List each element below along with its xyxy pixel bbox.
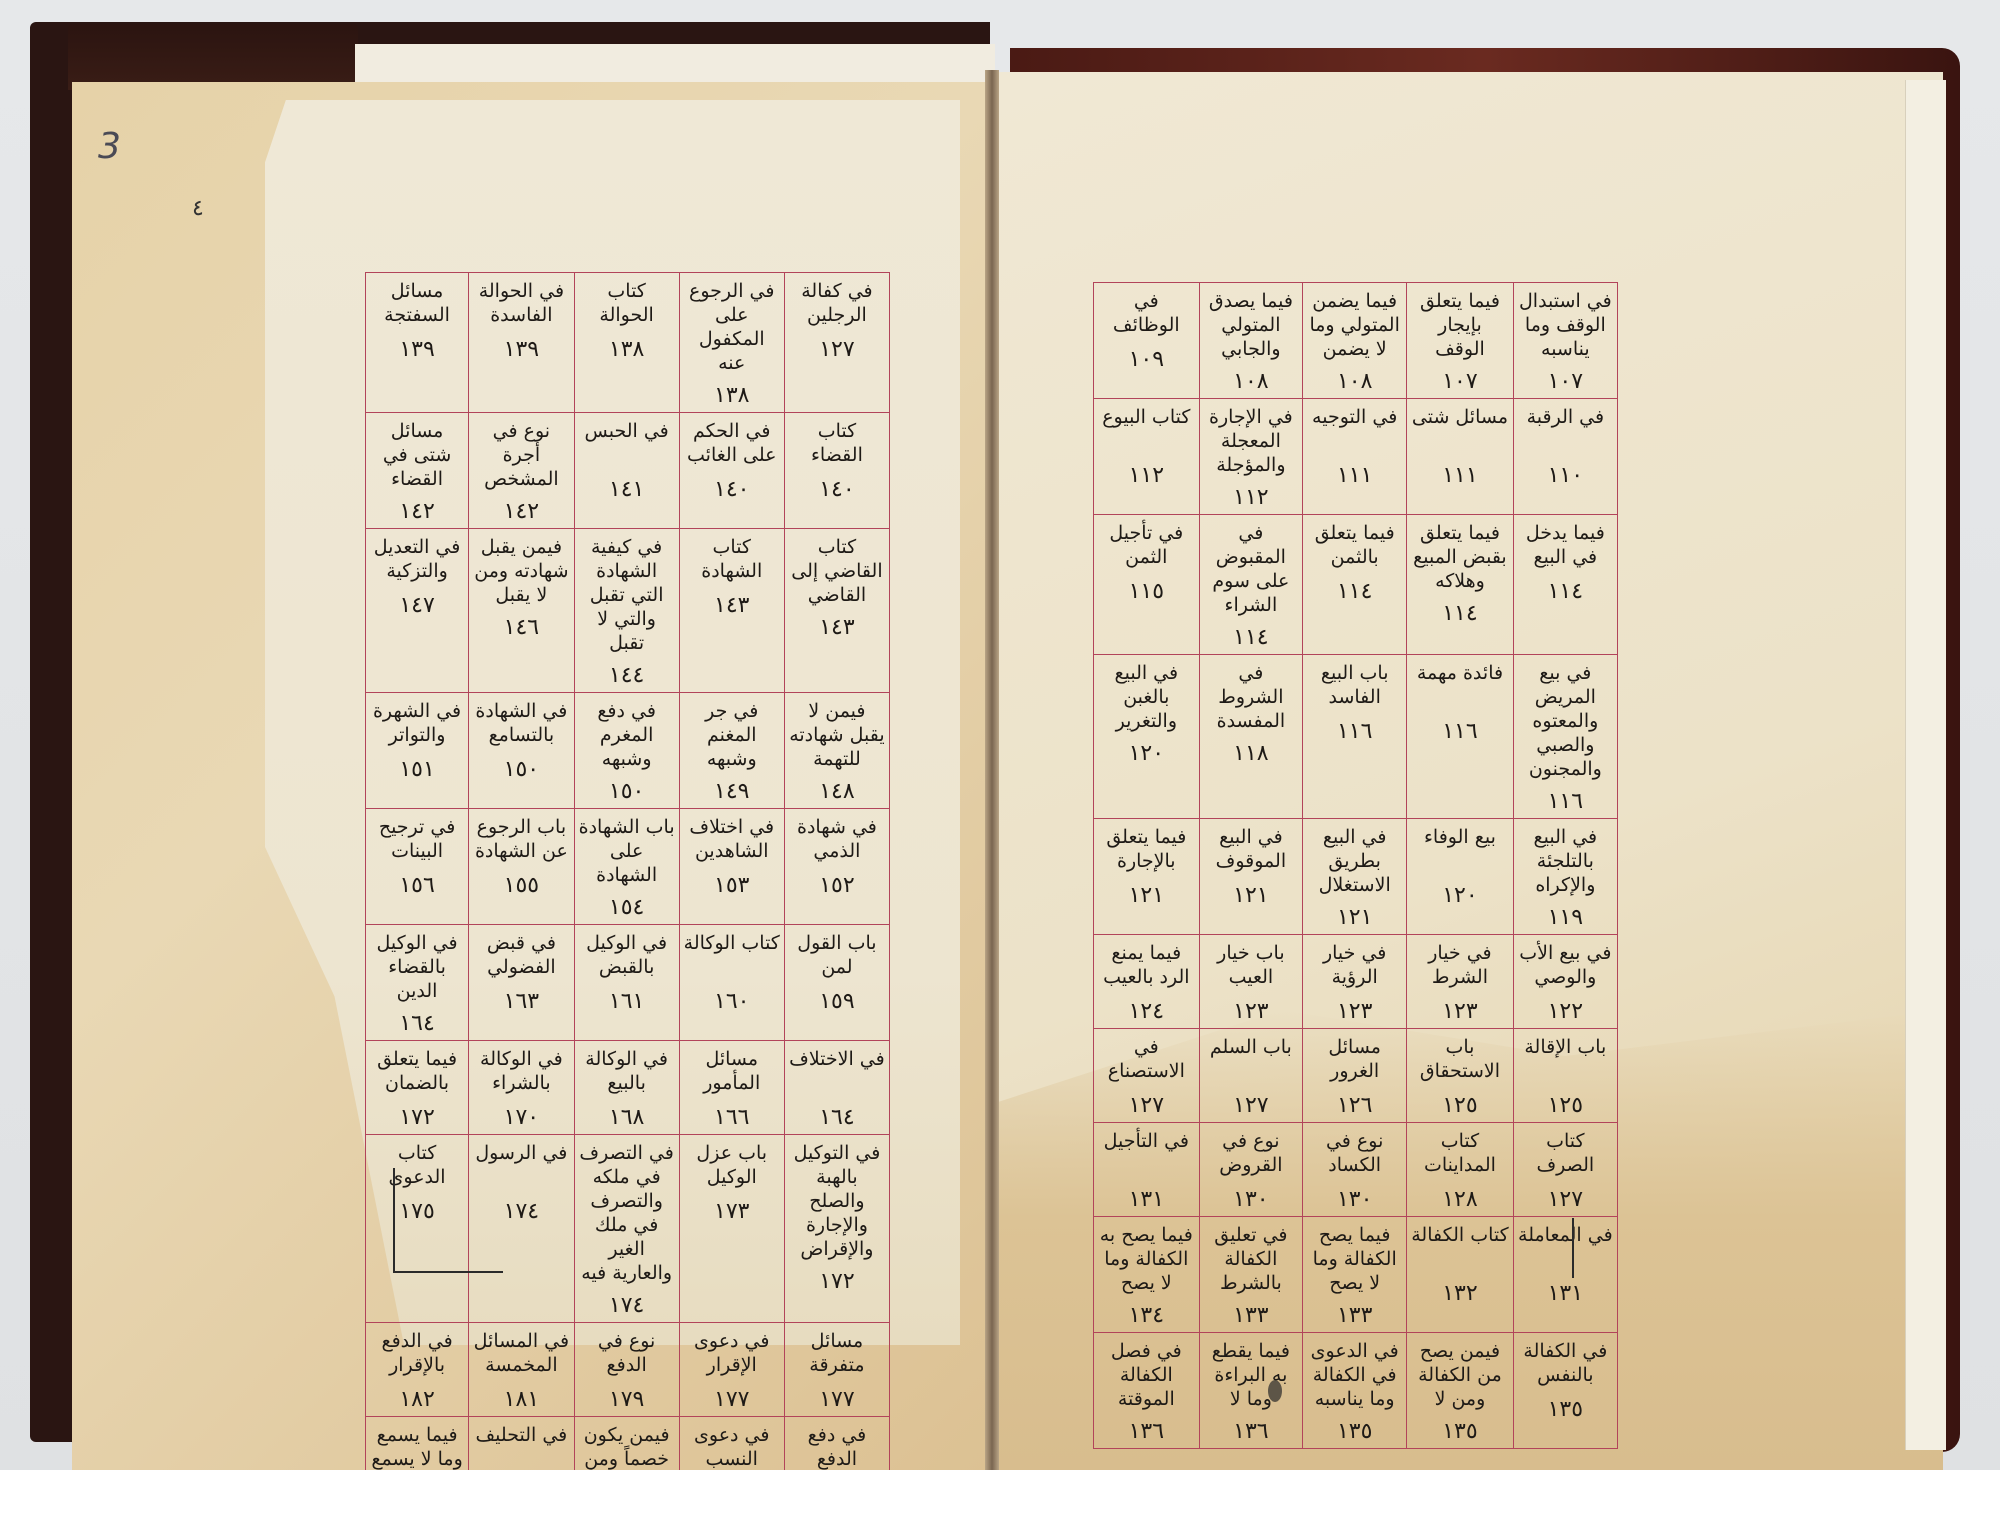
entry-page-number: ١٢٤ <box>1098 999 1195 1024</box>
entry-page-number: ١٢٥ <box>1411 1093 1508 1118</box>
index-entry: نوع في القروض١٣٠ <box>1199 1123 1303 1217</box>
index-entry: في الدفع بالإقرار١٨٢ <box>366 1323 469 1417</box>
index-entry: فيما يقطع به البراءة وما لا١٣٦ <box>1199 1333 1303 1449</box>
index-entry: في المقبوض على سوم الشراء١١٤ <box>1199 515 1303 655</box>
index-entry: في ترجيح البينات١٥٦ <box>366 809 469 925</box>
entry-page-number: ١١١ <box>1411 463 1508 488</box>
entry-page-number: ١١٦ <box>1518 789 1613 814</box>
entry-title: في فصل الكفالة الموقتة <box>1098 1339 1195 1411</box>
photo-bottom-margin <box>0 1470 2000 1531</box>
entry-title: فيما يسمع وما لا يسمع <box>370 1423 464 1473</box>
entry-page-number: ١٣٥ <box>1411 1419 1508 1444</box>
entry-page-number: ١٢١ <box>1098 883 1195 908</box>
entry-page-number: ١٧٤ <box>473 1199 570 1224</box>
entry-title: في البيع الموقوف <box>1204 825 1299 875</box>
entry-page-number: ١٦٤ <box>370 1011 464 1036</box>
table-row: في التوكيل بالهبة والصلح والإجارة والإقر… <box>366 1135 890 1323</box>
entry-title: فيما يصح به الكفالة وما لا يصح <box>1098 1223 1195 1295</box>
index-entry: بيع الوفاء١٢٠ <box>1407 819 1513 935</box>
entry-title: فيمن يقبل شهادته ومن لا يقبل <box>473 535 570 607</box>
entry-page-number: ١٢٦ <box>1307 1093 1402 1118</box>
entry-page-number: ١١٢ <box>1098 463 1195 488</box>
entry-title: في الوكيل بالقضاء الدين <box>370 931 464 1003</box>
entry-title: في البيع بالتلجئة والإكراه <box>1518 825 1613 897</box>
index-entry: في البيع الموقوف١٢١ <box>1199 819 1303 935</box>
right-flyleaf-edge <box>1905 80 1946 1450</box>
index-entry: مسائل شتى في القضاء١٤٢ <box>366 413 469 529</box>
index-entry: باب الاستحقاق١٢٥ <box>1407 1029 1513 1123</box>
entry-page-number: ١٣٣ <box>1204 1303 1299 1328</box>
entry-title: في المقبوض على سوم الشراء <box>1204 521 1299 617</box>
entry-title: في التأجيل <box>1098 1129 1195 1179</box>
entry-title: في الاختلاف <box>789 1047 885 1097</box>
entry-page-number: ١٤١ <box>579 477 675 502</box>
entry-title: في الدفع بالإقرار <box>370 1329 464 1379</box>
index-entry: في الحوالة الفاسدة١٣٩ <box>469 273 575 413</box>
index-entry: نوع في أجرة المشخص١٤٢ <box>469 413 575 529</box>
index-entry: في المسائل المخمسة١٨١ <box>469 1323 575 1417</box>
entry-title: كتاب الشهادة <box>684 535 780 585</box>
entry-title: في تأجيل الثمن <box>1098 521 1195 571</box>
entry-title: في جر المغنم وشبهه <box>684 699 780 771</box>
entry-title: مسائل شتى <box>1411 405 1508 455</box>
index-entry: فيمن لا يقبل شهادته للتهمة١٤٨ <box>784 693 889 809</box>
entry-title: باب البيع الفاسد <box>1307 661 1402 711</box>
entry-title: في الإجارة المعجلة والمؤجلة <box>1204 405 1299 477</box>
entry-page-number: ١٧٧ <box>789 1387 885 1412</box>
entry-page-number: ١١٦ <box>1307 719 1402 744</box>
entry-title: في اختلاف الشاهدين <box>684 815 780 865</box>
book-gutter <box>985 70 999 1470</box>
table-row: كتاب القضاء١٤٠في الحكم على الغائب١٤٠في ا… <box>366 413 890 529</box>
entry-title: كتاب الوكالة <box>684 931 780 981</box>
entry-page-number: ١٢٧ <box>1204 1093 1299 1118</box>
index-entry: في كيفية الشهادة التي تقبل والتي لا تقبل… <box>574 529 679 693</box>
entry-page-number: ١٢٧ <box>1098 1093 1195 1118</box>
table-row: كتاب الصرف١٢٧كتاب المداينات١٢٨نوع في الك… <box>1094 1123 1618 1217</box>
entry-title: في استبدال الوقف وما يناسبه <box>1518 289 1613 361</box>
index-entry: مسائل المأمور١٦٦ <box>679 1041 784 1135</box>
entry-page-number: ١٣٦ <box>1204 1419 1299 1444</box>
index-entry: فيما يتعلق بقبض المبيع وهلاكه١١٤ <box>1407 515 1513 655</box>
entry-page-number: ١٦١ <box>579 989 675 1014</box>
table-row: باب القول لمن١٥٩كتاب الوكالة١٦٠في الوكيل… <box>366 925 890 1041</box>
index-entry: في الرسول١٧٤ <box>469 1135 575 1323</box>
index-entry: في استبدال الوقف وما يناسبه١٠٧ <box>1513 283 1617 399</box>
index-entry: في التوكيل بالهبة والصلح والإجارة والإقر… <box>784 1135 889 1323</box>
entry-title: في الوكالة بالبيع <box>579 1047 675 1097</box>
index-entry: نوع في الكساد١٣٠ <box>1303 1123 1407 1217</box>
entry-page-number: ١٤٤ <box>579 663 675 688</box>
entry-title: في الشروط المفسدة <box>1204 661 1299 733</box>
index-entry: نوع في الدفع١٧٩ <box>574 1323 679 1417</box>
entry-page-number: ١٥٢ <box>789 873 885 898</box>
entry-page-number: ١٧٢ <box>789 1269 885 1294</box>
entry-page-number: ١٤٣ <box>684 593 780 618</box>
entry-title: في الوكالة بالشراء <box>473 1047 570 1097</box>
index-entry: في الاختلاف١٦٤ <box>784 1041 889 1135</box>
index-entry: في شهادة الذمي١٥٢ <box>784 809 889 925</box>
index-entry: مسائل شتى١١١ <box>1407 399 1513 515</box>
entry-title: نوع في القروض <box>1204 1129 1299 1179</box>
index-entry: كتاب الصرف١٢٧ <box>1513 1123 1617 1217</box>
table-row: مسائل متفرقة١٧٧في دعوى الإقرار١٧٧نوع في … <box>366 1323 890 1417</box>
entry-title: في البيع بطريق الاستغلال <box>1307 825 1402 897</box>
entry-page-number: ١٣٩ <box>370 337 464 362</box>
index-entry: في تأجيل الثمن١١٥ <box>1094 515 1200 655</box>
entry-title: في الحكم على الغائب <box>684 419 780 469</box>
entry-title: فيما يقطع به البراءة وما لا <box>1204 1339 1299 1411</box>
index-entry: مسائل الغرور١٢٦ <box>1303 1029 1407 1123</box>
entry-title: في بيع الأب والوصي <box>1518 941 1613 991</box>
entry-page-number: ١٣٨ <box>684 383 780 408</box>
entry-page-number: ١١٠ <box>1518 463 1613 488</box>
entry-title: كتاب البيوع <box>1098 405 1195 455</box>
index-entry: في الشروط المفسدة١١٨ <box>1199 655 1303 819</box>
entry-title: فيما يتعلق بالإجارة <box>1098 825 1195 875</box>
entry-page-number: ١٧٥ <box>370 1199 464 1224</box>
entry-page-number: ١٤٦ <box>473 615 570 640</box>
entry-page-number: ١٥٤ <box>579 895 675 920</box>
entry-title: في خيار الرؤية <box>1307 941 1402 991</box>
entry-title: باب الشهادة على الشهادة <box>579 815 675 887</box>
index-entry: باب الشهادة على الشهادة١٥٤ <box>574 809 679 925</box>
entry-page-number: ١١١ <box>1307 463 1402 488</box>
entry-page-number: ١٢٣ <box>1307 999 1402 1024</box>
entry-page-number: ١٥١ <box>370 757 464 782</box>
entry-title: في الوكيل بالقبض <box>579 931 675 981</box>
entry-page-number: ١١٨ <box>1204 741 1299 766</box>
entry-title: كتاب الصرف <box>1518 1129 1613 1179</box>
entry-page-number: ١٠٨ <box>1204 369 1299 394</box>
entry-title: بيع الوفاء <box>1411 825 1508 875</box>
table-row: في البيع بالتلجئة والإكراه١١٩بيع الوفاء١… <box>1094 819 1618 935</box>
index-entry: في البيع بالتلجئة والإكراه١١٩ <box>1513 819 1617 935</box>
table-row: في الكفالة بالنفس١٣٥فيمن يصح من الكفالة … <box>1094 1333 1618 1449</box>
entry-page-number: ١٢٢ <box>1518 999 1613 1024</box>
entry-page-number: ١٧٩ <box>579 1387 675 1412</box>
entry-page-number: ١٣٠ <box>1204 1187 1299 1212</box>
entry-page-number: ١٤٨ <box>789 779 885 804</box>
index-entry: فيما يصح به الكفالة وما لا يصح١٣٤ <box>1094 1217 1200 1333</box>
folio-number: 3 <box>98 126 121 167</box>
index-entry: فيما يتعلق بإيجار الوقف١٠٧ <box>1407 283 1513 399</box>
entry-page-number: ١٥٣ <box>684 873 780 898</box>
entry-title: كتاب القضاء <box>789 419 885 469</box>
entry-title: في خيار الشرط <box>1411 941 1508 991</box>
index-entry: في دعوى الإقرار١٧٧ <box>679 1323 784 1417</box>
frame-line-left <box>393 1168 395 1273</box>
folio-mark: ٤ <box>192 196 204 221</box>
entry-page-number: ١٦٨ <box>579 1105 675 1130</box>
entry-page-number: ١٠٩ <box>1098 347 1195 372</box>
table-row: في الاختلاف١٦٤مسائل المأمور١٦٦في الوكالة… <box>366 1041 890 1135</box>
index-entry: في تعليق الكفالة بالشرط١٣٣ <box>1199 1217 1303 1333</box>
index-entry: في الوكالة بالبيع١٦٨ <box>574 1041 679 1135</box>
index-entry: في الكفالة بالنفس١٣٥ <box>1513 1333 1617 1449</box>
entry-title: في التصرف في ملكه والتصرف في ملك الغير و… <box>579 1141 675 1285</box>
index-entry: فيمن يقبل شهادته ومن لا يقبل١٤٦ <box>469 529 575 693</box>
index-entry: فيمن يصح من الكفالة ومن لا١٣٥ <box>1407 1333 1513 1449</box>
entry-title: في الشهادة بالتسامع <box>473 699 570 749</box>
index-entry: كتاب الوكالة١٦٠ <box>679 925 784 1041</box>
entry-title: كتاب الدعوى <box>370 1141 464 1191</box>
index-entry: فيما يصدق المتولي والجابي١٠٨ <box>1199 283 1303 399</box>
entry-page-number: ١٧٠ <box>473 1105 570 1130</box>
entry-title: في تعليق الكفالة بالشرط <box>1204 1223 1299 1295</box>
entry-page-number: ١١٩ <box>1518 905 1613 930</box>
entry-title: نوع في الكساد <box>1307 1129 1402 1179</box>
entry-title: مسائل السفتجة <box>370 279 464 329</box>
index-entry: كتاب الحوالة١٣٨ <box>574 273 679 413</box>
entry-title: في البيع بالغبن والتغرير <box>1098 661 1195 733</box>
entry-page-number: ١٣٢ <box>1411 1281 1508 1306</box>
index-entry: كتاب الكفالة١٣٢ <box>1407 1217 1513 1333</box>
entry-page-number: ١٣٥ <box>1307 1419 1402 1444</box>
index-entry: في الرجوع على المكفول عنه١٣٨ <box>679 273 784 413</box>
entry-title: في كفالة الرجلين <box>789 279 885 329</box>
entry-page-number: ١٢٣ <box>1204 999 1299 1024</box>
entry-title: باب السلم <box>1204 1035 1299 1085</box>
entry-title: في دفع المغرم وشبهه <box>579 699 675 771</box>
entry-title: باب عزل الوكيل <box>684 1141 780 1191</box>
entry-title: كتاب القاضي إلى القاضي <box>789 535 885 607</box>
entry-page-number: ١١٦ <box>1411 719 1508 744</box>
entry-title: في الرقبة <box>1518 405 1613 455</box>
entry-page-number: ١٢١ <box>1307 905 1402 930</box>
index-entry: في قبض الفضولي١٦٣ <box>469 925 575 1041</box>
entry-title: فيما يصدق المتولي والجابي <box>1204 289 1299 361</box>
entry-page-number: ١٣٣ <box>1307 1303 1402 1328</box>
index-entry: في الحكم على الغائب١٤٠ <box>679 413 784 529</box>
entry-page-number: ١٣١ <box>1518 1281 1613 1306</box>
left-cover-top-edge <box>68 24 358 90</box>
entry-title: مسائل المأمور <box>684 1047 780 1097</box>
index-entry: كتاب القضاء١٤٠ <box>784 413 889 529</box>
index-entry: باب البيع الفاسد١١٦ <box>1303 655 1407 819</box>
entry-title: في الشهرة والتواتر <box>370 699 464 749</box>
entry-page-number: ١٠٧ <box>1411 369 1508 394</box>
entry-title: في الحوالة الفاسدة <box>473 279 570 329</box>
entry-title: في الرجوع على المكفول عنه <box>684 279 780 375</box>
index-entry: في الوكالة بالشراء١٧٠ <box>469 1041 575 1135</box>
entry-title: في التوكيل بالهبة والصلح والإجارة والإقر… <box>789 1141 885 1261</box>
entry-title: في قبض الفضولي <box>473 931 570 981</box>
entry-title: كتاب الحوالة <box>579 279 675 329</box>
entry-page-number: ١٦٣ <box>473 989 570 1014</box>
entry-title: في بيع المريض والمعتوه والصبي والمجنون <box>1518 661 1613 781</box>
index-entry: فيما يتعلق بالإجارة١٢١ <box>1094 819 1200 935</box>
entry-title: في الاستصناع <box>1098 1035 1195 1085</box>
index-entry: في الاستصناع١٢٧ <box>1094 1029 1200 1123</box>
entry-title: في التعديل والتزكية <box>370 535 464 585</box>
index-entry: في فصل الكفالة الموقتة١٣٦ <box>1094 1333 1200 1449</box>
entry-page-number: ١٤٧ <box>370 593 464 618</box>
entry-page-number: ١٥٦ <box>370 873 464 898</box>
table-row: في بيع المريض والمعتوه والصبي والمجنون١١… <box>1094 655 1618 819</box>
table-row: في الرقبة١١٠مسائل شتى١١١في التوجيه١١١في … <box>1094 399 1618 515</box>
entry-page-number: ١٠٨ <box>1307 369 1402 394</box>
entry-page-number: ١١٥ <box>1098 579 1195 604</box>
entry-page-number: ١٢٥ <box>1518 1093 1613 1118</box>
entry-title: في التوجيه <box>1307 405 1402 455</box>
index-entry: في الوكيل بالقبض١٦١ <box>574 925 679 1041</box>
entry-page-number: ١١٢ <box>1204 485 1299 510</box>
entry-title: كتاب الكفالة <box>1411 1223 1508 1273</box>
entry-title: في الكفالة بالنفس <box>1518 1339 1613 1389</box>
entry-page-number: ١٨٢ <box>370 1387 464 1412</box>
entry-title: نوع في أجرة المشخص <box>473 419 570 491</box>
entry-title: باب الرجوع عن الشهادة <box>473 815 570 865</box>
entry-page-number: ١٤٠ <box>684 477 780 502</box>
entry-page-number: ١٤٠ <box>789 477 885 502</box>
entry-page-number: ١٦٤ <box>789 1105 885 1130</box>
index-entry: في الشهرة والتواتر١٥١ <box>366 693 469 809</box>
entry-title: مسائل متفرقة <box>789 1329 885 1379</box>
entry-page-number: ١٣٥ <box>1518 1397 1613 1422</box>
entry-title: فيما يتعلق بالضمان <box>370 1047 464 1097</box>
index-entry: في الحبس١٤١ <box>574 413 679 529</box>
entry-title: مسائل الغرور <box>1307 1035 1402 1085</box>
entry-page-number: ١٤٣ <box>789 615 885 640</box>
index-entry: كتاب القاضي إلى القاضي١٤٣ <box>784 529 889 693</box>
entry-page-number: ١١٤ <box>1307 579 1402 604</box>
left-index-table: في كفالة الرجلين١٢٧في الرجوع على المكفول… <box>365 272 890 1531</box>
index-entry: باب القول لمن١٥٩ <box>784 925 889 1041</box>
entry-title: باب الاستحقاق <box>1411 1035 1508 1085</box>
entry-title: باب القول لمن <box>789 931 885 981</box>
entry-page-number: ١٧٤ <box>579 1293 675 1318</box>
index-entry: في البيع بالغبن والتغرير١٢٠ <box>1094 655 1200 819</box>
table-row: باب الإقالة١٢٥باب الاستحقاق١٢٥مسائل الغر… <box>1094 1029 1618 1123</box>
entry-title: في شهادة الذمي <box>789 815 885 865</box>
entry-title: كتاب المداينات <box>1411 1129 1508 1179</box>
entry-page-number: ١١٤ <box>1411 601 1508 626</box>
entry-page-number: ١٨١ <box>473 1387 570 1412</box>
index-entry: في كفالة الرجلين١٢٧ <box>784 273 889 413</box>
index-entry: كتاب الدعوى١٧٥ <box>366 1135 469 1323</box>
index-entry: في الإجارة المعجلة والمؤجلة١١٢ <box>1199 399 1303 515</box>
right-index-table: في استبدال الوقف وما يناسبه١٠٧فيما يتعلق… <box>1093 282 1618 1449</box>
entry-title: فيمن يصح من الكفالة ومن لا <box>1411 1339 1508 1411</box>
entry-title: فيما يتعلق بإيجار الوقف <box>1411 289 1508 361</box>
index-entry: في التعديل والتزكية١٤٧ <box>366 529 469 693</box>
entry-title: فيما يمنع الرد بالعيب <box>1098 941 1195 991</box>
index-entry: في البيع بطريق الاستغلال١٢١ <box>1303 819 1407 935</box>
table-row: في شهادة الذمي١٥٢في اختلاف الشاهدين١٥٣با… <box>366 809 890 925</box>
entry-title: في المعاملة <box>1518 1223 1613 1273</box>
table-row: في كفالة الرجلين١٢٧في الرجوع على المكفول… <box>366 273 890 413</box>
entry-page-number: ١٢٧ <box>789 337 885 362</box>
entry-page-number: ١٧٣ <box>684 1199 780 1224</box>
entry-title: في دعوى النسب <box>684 1423 780 1473</box>
entry-page-number: ١٢٠ <box>1411 883 1508 908</box>
index-entry: باب السلم١٢٧ <box>1199 1029 1303 1123</box>
entry-title: باب الإقالة <box>1518 1035 1613 1085</box>
page-block-edge <box>355 44 995 84</box>
index-entry: في الشهادة بالتسامع١٥٠ <box>469 693 575 809</box>
entry-title: فيمن لا يقبل شهادته للتهمة <box>789 699 885 771</box>
table-row: كتاب القاضي إلى القاضي١٤٣كتاب الشهادة١٤٣… <box>366 529 890 693</box>
entry-page-number: ١٢٨ <box>1411 1187 1508 1212</box>
index-entry: في المعاملة١٣١ <box>1513 1217 1617 1333</box>
entry-page-number: ١٥٠ <box>579 779 675 804</box>
index-entry: فيما يمنع الرد بالعيب١٢٤ <box>1094 935 1200 1029</box>
frame-line-right <box>1572 1218 1574 1278</box>
table-row: في استبدال الوقف وما يناسبه١٠٧فيما يتعلق… <box>1094 283 1618 399</box>
index-entry: مسائل متفرقة١٧٧ <box>784 1323 889 1417</box>
entry-title: فيما يتعلق بقبض المبيع وهلاكه <box>1411 521 1508 593</box>
entry-page-number: ١٥٠ <box>473 757 570 782</box>
entry-title: فيما يصح الكفالة وما لا يصح <box>1307 1223 1402 1295</box>
table-row: فيما يدخل في البيع١١٤فيما يتعلق بقبض الم… <box>1094 515 1618 655</box>
entry-title: في التحليف <box>473 1423 570 1473</box>
index-entry: في خيار الشرط١٢٣ <box>1407 935 1513 1029</box>
entry-title: مسائل شتى في القضاء <box>370 419 464 491</box>
index-entry: في الدعوى في الكفالة وما يناسبه١٣٥ <box>1303 1333 1407 1449</box>
index-entry: باب خيار العيب١٢٣ <box>1199 935 1303 1029</box>
index-entry: فيما يتعلق بالثمن١١٤ <box>1303 515 1407 655</box>
entry-title: في ترجيح البينات <box>370 815 464 865</box>
index-entry: في التأجيل١٣١ <box>1094 1123 1200 1217</box>
index-entry: كتاب البيوع١١٢ <box>1094 399 1200 515</box>
entry-page-number: ١٣١ <box>1098 1187 1195 1212</box>
entry-page-number: ١٢٣ <box>1411 999 1508 1024</box>
index-entry: باب عزل الوكيل١٧٣ <box>679 1135 784 1323</box>
entry-title: فائدة مهمة <box>1411 661 1508 711</box>
entry-page-number: ١١٤ <box>1204 625 1299 650</box>
entry-page-number: ١٣٦ <box>1098 1419 1195 1444</box>
entry-title: في الوظائف <box>1098 289 1195 339</box>
index-entry: في الرقبة١١٠ <box>1513 399 1617 515</box>
entry-title: في الرسول <box>473 1141 570 1191</box>
index-entry: في التوجيه١١١ <box>1303 399 1407 515</box>
entry-page-number: ١٣٨ <box>579 337 675 362</box>
entry-page-number: ١٤٢ <box>370 499 464 524</box>
index-entry: كتاب المداينات١٢٨ <box>1407 1123 1513 1217</box>
entry-page-number: ١٢١ <box>1204 883 1299 908</box>
index-entry: في التصرف في ملكه والتصرف في ملك الغير و… <box>574 1135 679 1323</box>
entry-page-number: ١٧٧ <box>684 1387 780 1412</box>
table-row: في بيع الأب والوصي١٢٢في خيار الشرط١٢٣في … <box>1094 935 1618 1029</box>
entry-title: في كيفية الشهادة التي تقبل والتي لا تقبل <box>579 535 675 655</box>
index-entry: مسائل السفتجة١٣٩ <box>366 273 469 413</box>
entry-page-number: ١٢٠ <box>1098 741 1195 766</box>
entry-title: باب خيار العيب <box>1204 941 1299 991</box>
index-entry: باب الإقالة١٢٥ <box>1513 1029 1617 1123</box>
index-entry: باب الرجوع عن الشهادة١٥٥ <box>469 809 575 925</box>
entry-title: في المسائل المخمسة <box>473 1329 570 1379</box>
index-entry: في الوظائف١٠٩ <box>1094 283 1200 399</box>
index-entry: في خيار الرؤية١٢٣ <box>1303 935 1407 1029</box>
entry-title: في الدعوى في الكفالة وما يناسبه <box>1307 1339 1402 1411</box>
entry-page-number: ١٥٩ <box>789 989 885 1014</box>
entry-title: في دعوى الإقرار <box>684 1329 780 1379</box>
table-row: فيمن لا يقبل شهادته للتهمة١٤٨في جر المغن… <box>366 693 890 809</box>
entry-page-number: ١٣٠ <box>1307 1187 1402 1212</box>
frame-line-left-bottom <box>393 1271 503 1273</box>
index-entry: فيما يضمن المتولي وما لا يضمن١٠٨ <box>1303 283 1407 399</box>
index-entry: في بيع المريض والمعتوه والصبي والمجنون١١… <box>1513 655 1617 819</box>
index-entry: في اختلاف الشاهدين١٥٣ <box>679 809 784 925</box>
entry-page-number: ١١٤ <box>1518 579 1613 604</box>
entry-title: فيما يضمن المتولي وما لا يضمن <box>1307 289 1402 361</box>
entry-page-number: ١٦٦ <box>684 1105 780 1130</box>
table-row: في المعاملة١٣١كتاب الكفالة١٣٢فيما يصح ال… <box>1094 1217 1618 1333</box>
entry-page-number: ١٧٢ <box>370 1105 464 1130</box>
entry-page-number: ١٢٧ <box>1518 1187 1613 1212</box>
entry-page-number: ١٣٩ <box>473 337 570 362</box>
